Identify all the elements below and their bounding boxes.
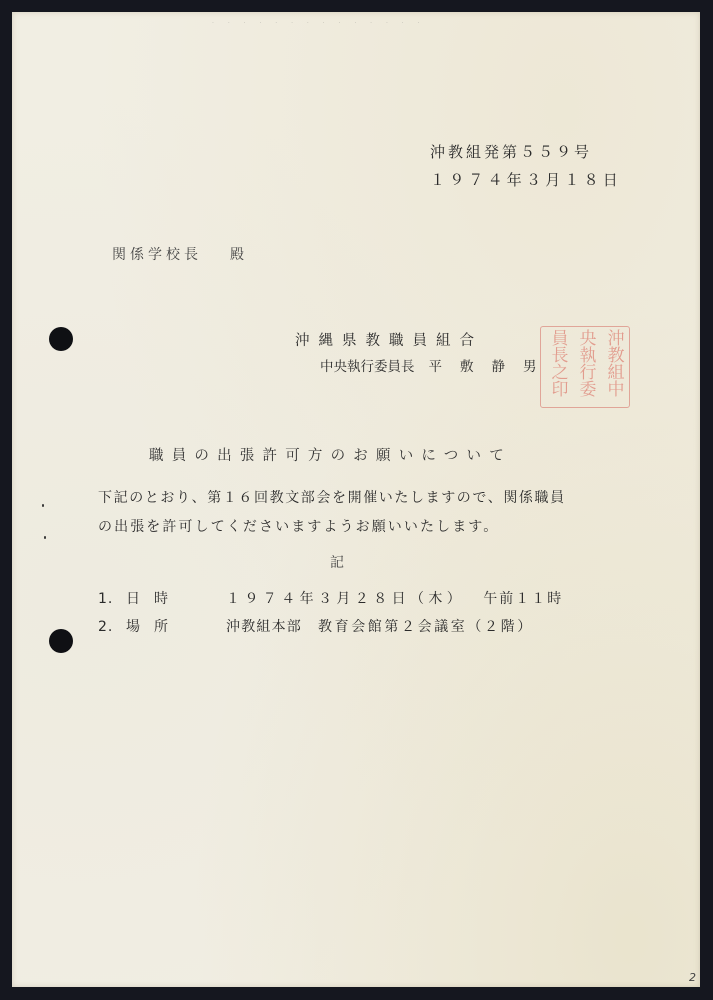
stamp-column: 央執行委 [576, 329, 595, 405]
punch-hole-icon [49, 629, 73, 653]
stamp-text: 員長之印 [548, 329, 567, 397]
punch-hole-icon [49, 327, 73, 351]
item-label: 場所 [126, 620, 226, 634]
addressee-name: 関係学校長 [112, 247, 202, 263]
body-text-line-1: 下記のとおり、第１６回教文部会を開催いたしますので、関係職員 [98, 491, 566, 505]
seal-stamp: 沖教組中 央執行委 員長之印 [540, 326, 630, 408]
item-value: 沖教組本部 [226, 619, 302, 635]
item-number: 2. [98, 620, 126, 634]
stamp-column: 沖教組中 [604, 329, 623, 405]
sender-title: 中央執行委員長 [320, 359, 415, 375]
ink-speck [42, 504, 44, 507]
list-item-datetime: 1.日時１９７４年３月２８日（木）午前１１時 [98, 592, 563, 606]
subject-line: 職員の出張許可方のお願いについて [149, 449, 512, 464]
stamp-text: 央執行委 [576, 329, 595, 397]
stamp-text: 沖教組中 [604, 329, 623, 397]
addressee-honorific: 殿 [230, 247, 248, 263]
faint-bleed-through-text: · · · · · · · · · · · · · · [212, 20, 426, 27]
ki-heading: 記 [330, 556, 345, 570]
document-page: · · · · · · · · · · · · · · 沖教組発第５５９号 １９… [12, 12, 700, 987]
body-text-line-2: の出張を許可してくださいますようお願いいたします。 [98, 520, 499, 534]
sender-name: 平敷静男 [429, 359, 555, 375]
item-value: １９７４年３月２８日（木） [226, 591, 465, 607]
ink-speck [44, 536, 46, 539]
document-number: 沖教組発第５５９号 [430, 145, 592, 160]
item-extra: 教育会館第２会議室（２階） [318, 619, 534, 635]
item-label: 日時 [126, 592, 226, 606]
item-number: 1. [98, 592, 126, 606]
sender: 中央執行委員長平敷静男 [320, 361, 555, 375]
sender-organization: 沖縄県教職員組合 [295, 334, 483, 349]
addressee: 関係学校長殿 [112, 248, 248, 262]
page-number-mark: 2 [689, 971, 696, 984]
list-item-location: 2.場所沖教組本部教育会館第２会議室（２階） [98, 620, 534, 634]
stamp-column: 員長之印 [548, 329, 567, 405]
item-extra: 午前１１時 [483, 591, 563, 607]
document-date: １９７４年３月１８日 [430, 173, 622, 188]
